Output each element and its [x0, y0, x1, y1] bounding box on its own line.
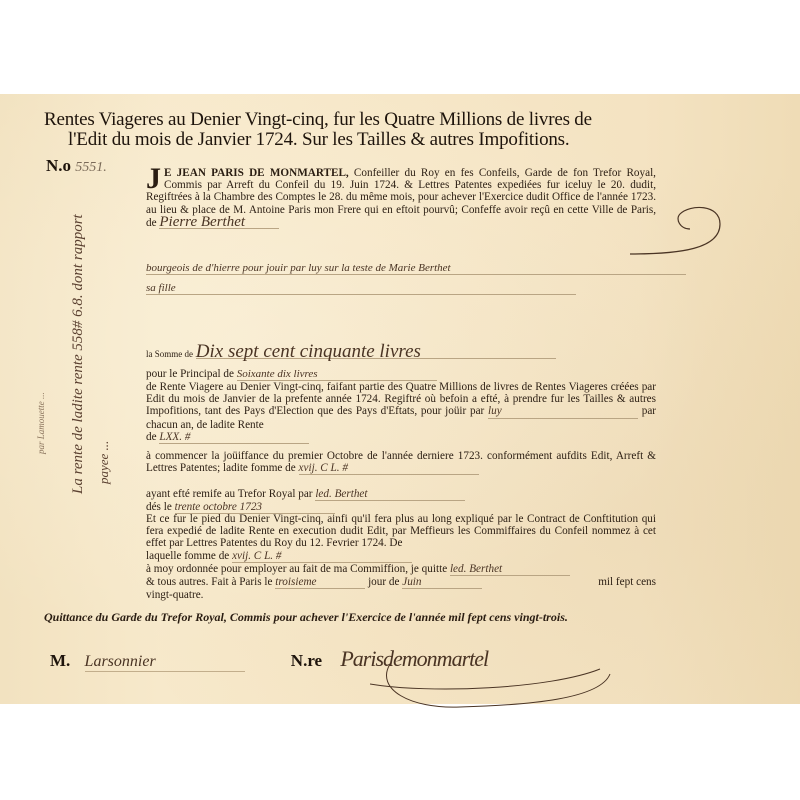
principal-value: Soixante dix livres [237, 368, 437, 381]
margin-note-amount: La rente de ladite rente 558# 6.8. dont … [70, 214, 87, 494]
fait-label: & tous autres. Fait à Paris le [146, 576, 272, 588]
margin-note-3-text: payee ... [96, 441, 111, 484]
de-label: de [146, 431, 157, 443]
remise-label: ayant efté remife au Trefor Royal par [146, 488, 313, 500]
fait-day: troisieme [275, 576, 365, 589]
constitution-text: Et ce fur le pied du Denier Vingt-cinq, … [146, 513, 656, 549]
jouissance-paragraph: à commencer la joüiffance du premier Oct… [146, 450, 656, 475]
des-label: dés le [146, 501, 172, 513]
payer-detail-line-2: sa fille [146, 282, 656, 295]
principal-label: pour le Principal de [146, 368, 234, 380]
fait-year-end: vingt-quatre. [146, 589, 203, 601]
somme-value: Dix sept cent cinquante livres [196, 346, 556, 359]
remise-value: led. Berthet [315, 488, 465, 501]
flourish-top-right-icon [620, 204, 730, 264]
certificate-number: N.o 5551. [46, 156, 107, 176]
rente-amount: LXX. # [159, 431, 309, 444]
principal-line: pour le Principal de Soixante dix livres [146, 368, 656, 381]
laquelle-label: laquelle fomme de [146, 550, 229, 562]
quittance-line: Quittance du Garde du Trefor Royal, Comm… [44, 610, 568, 625]
m-label: M. [50, 651, 70, 670]
ordonnee-label: à moy ordonnée pour employer au fait de … [146, 563, 447, 575]
fait-jour-label: jour de [368, 576, 399, 588]
margin-note-2-text: par Lamouette ... [36, 392, 46, 454]
fait-year-label: mil fept cens [598, 576, 656, 588]
margin-note-faint: par Lamouette ... [36, 392, 46, 454]
nre-label: N.re [291, 651, 322, 670]
rente-paragraph: de Rente Viagere au Denier Vingt-cinq, f… [146, 381, 656, 444]
numero-value: 5551. [75, 160, 107, 175]
payer-name: Pierre Berthet [159, 216, 279, 229]
margin-note-paid: payee ... [96, 441, 112, 484]
dropcap: J [146, 167, 161, 191]
ordonnee-value: led. Berthet [450, 563, 570, 576]
intro-paragraph: JE JEAN PARIS DE MONMARTEL, Confeiller d… [146, 167, 656, 229]
fait-month: Juin [402, 576, 482, 589]
signature-flourish-icon [370, 659, 630, 709]
title-line-1: Rentes Viageres au Denier Vingt-cinq, fu… [44, 109, 592, 130]
payer-detail-text: bourgeois de d'hierre pour jouir par luy… [146, 262, 686, 275]
certificate-paper: Rentes Viageres au Denier Vingt-cinq, fu… [0, 94, 800, 704]
numero-label: N.o [46, 156, 71, 175]
title-line-2: l'Edit du mois de Janvier 1724. Sur les … [44, 130, 764, 150]
margin-note-1-text: La rente de ladite rente 558# 6.8. dont … [70, 214, 86, 494]
laquelle-value: xvij. C L. # [232, 550, 412, 563]
somme2-value: xvij. C L. # [299, 462, 479, 475]
somme-label: la Somme de [146, 349, 193, 359]
payer-detail-text-2: sa fille [146, 282, 576, 295]
jouir-value: luy [488, 405, 638, 418]
issuer-name: E JEAN PARIS DE MONMARTEL, [164, 167, 349, 179]
constitution-paragraph: Et ce fur le pied du Denier Vingt-cinq, … [146, 513, 656, 601]
payer-detail-line: bourgeois de d'hierre pour jouir par luy… [146, 262, 656, 275]
somme-line: la Somme de Dix sept cent cinquante livr… [146, 346, 656, 360]
document-title: Rentes Viageres au Denier Vingt-cinq, fu… [44, 110, 764, 150]
m-value: Larsonnier [85, 653, 245, 672]
remise-line: ayant efté remife au Trefor Royal par le… [146, 488, 656, 514]
